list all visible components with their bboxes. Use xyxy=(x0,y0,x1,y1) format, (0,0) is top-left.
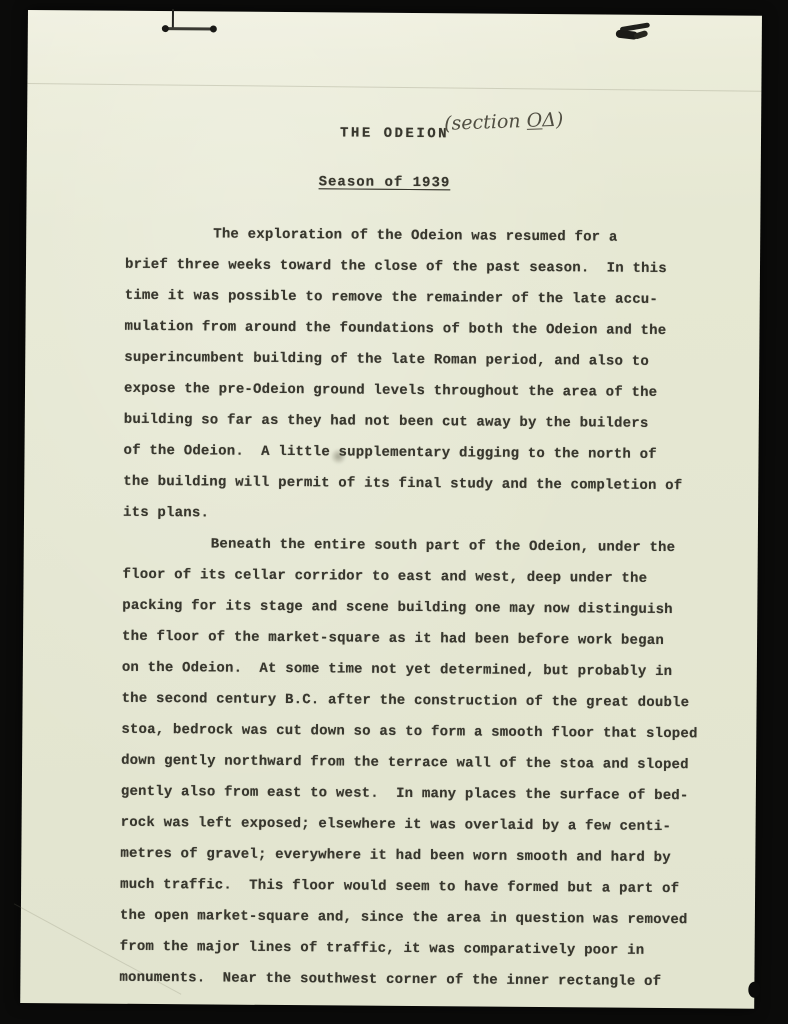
staple-bar xyxy=(164,27,216,30)
handwritten-annotation: (section ΟΔ) xyxy=(444,107,564,137)
scan-background: THE ODEION (section ΟΔ) Season of 1939 T… xyxy=(0,0,788,1024)
paragraph: The exploration of the Odeion was resume… xyxy=(123,219,745,534)
staple-icon xyxy=(616,21,656,47)
document-body: The exploration of the Odeion was resume… xyxy=(119,219,745,999)
section-heading: Season of 1939 xyxy=(319,172,451,193)
paper-crease xyxy=(27,83,761,92)
paper-notch xyxy=(748,982,760,998)
annotation-underlined-letter: Ο xyxy=(526,109,542,132)
annotation-suffix: Δ) xyxy=(542,109,564,132)
page-title: THE ODEION xyxy=(340,123,449,144)
staple-icon xyxy=(162,11,220,37)
staple-end xyxy=(162,25,169,32)
annotation-prefix: (section xyxy=(444,110,527,135)
document-page: THE ODEION (section ΟΔ) Season of 1939 T… xyxy=(20,10,762,1009)
paragraph: Beneath the entire south part of the Ode… xyxy=(119,529,743,999)
staple-end xyxy=(210,25,217,32)
